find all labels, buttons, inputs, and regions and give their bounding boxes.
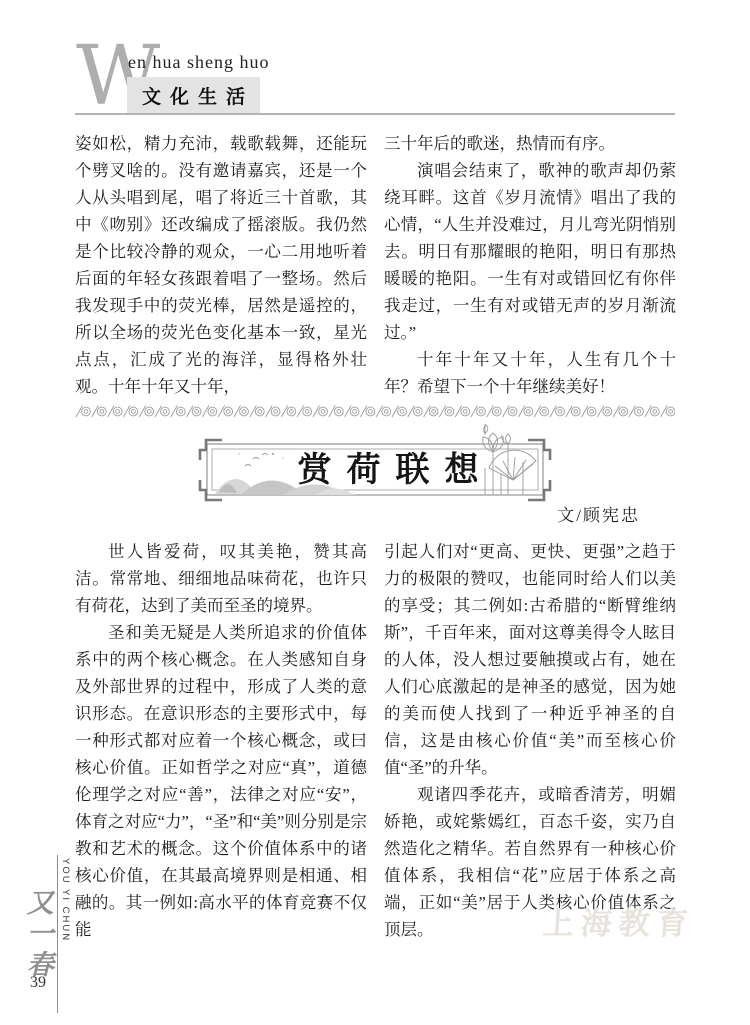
- article2-left-column: 世人皆爱荷，叹其美艳，赞其高洁。常常地、细细地品味荷花，也许只有荷花，达到了美而…: [75, 538, 367, 943]
- author-byline: 文/顾宪忠: [460, 501, 640, 526]
- paragraph: 演唱会结束了，歌神的歌声却仍萦绕耳畔。这首《岁月流情》唱出了我的心情，“人生并没…: [384, 157, 676, 346]
- header-divider-rule: [75, 113, 675, 115]
- publisher-watermark: 上海教育: [541, 898, 696, 943]
- magazine-pinyin-vertical: YOU YI CHUN: [60, 858, 71, 942]
- magazine-name-calligraphy: 又一春: [22, 888, 52, 981]
- section-pinyin: en hua sheng huo: [128, 52, 269, 73]
- article1-left-column: 姿如松，精力充沛，载歌载舞，还能玩个劈叉啥的。没有邀请嘉宾，还是一个人从头唱到尾…: [75, 130, 367, 400]
- bird-marks: [245, 454, 268, 467]
- paragraph: 姿如松，精力充沛，载歌载舞，还能玩个劈叉啥的。没有邀请嘉宾，还是一个人从头唱到尾…: [75, 130, 367, 400]
- sidebar-vertical-rule: [57, 855, 58, 1013]
- article1-right-column: 三十年后的歌迷，热情而有序。 演唱会结束了，歌神的歌声却仍萦绕耳畔。这首《岁月流…: [384, 130, 676, 400]
- wave-divider: [75, 402, 675, 420]
- paragraph: 世人皆爱荷，叹其美艳，赞其高洁。常常地、细细地品味荷花，也许只有荷花，达到了美而…: [75, 538, 367, 619]
- paragraph: 十年十年又十年，人生有几个十年？希望下一个十年继续美好！: [384, 346, 676, 400]
- paragraph: 引起人们对“更高、更快、更强”之趋于力的极限的赞叹，也能同时给人们以美的享受；其…: [384, 538, 676, 781]
- paragraph: 圣和美无疑是人类所追求的价值体系中的两个核心概念。在人类感知自身及外部世界的过程…: [75, 619, 367, 943]
- section-title-badge: 文化生活: [127, 77, 260, 114]
- paragraph: 三十年后的歌迷，热情而有序。: [384, 130, 676, 157]
- article2-right-column: 引起人们对“更高、更快、更强”之趋于力的极限的赞叹，也能同时给人们以美的享受；其…: [384, 538, 676, 943]
- page-number: 39: [30, 974, 46, 992]
- feature-title: 赏荷联想: [278, 451, 498, 492]
